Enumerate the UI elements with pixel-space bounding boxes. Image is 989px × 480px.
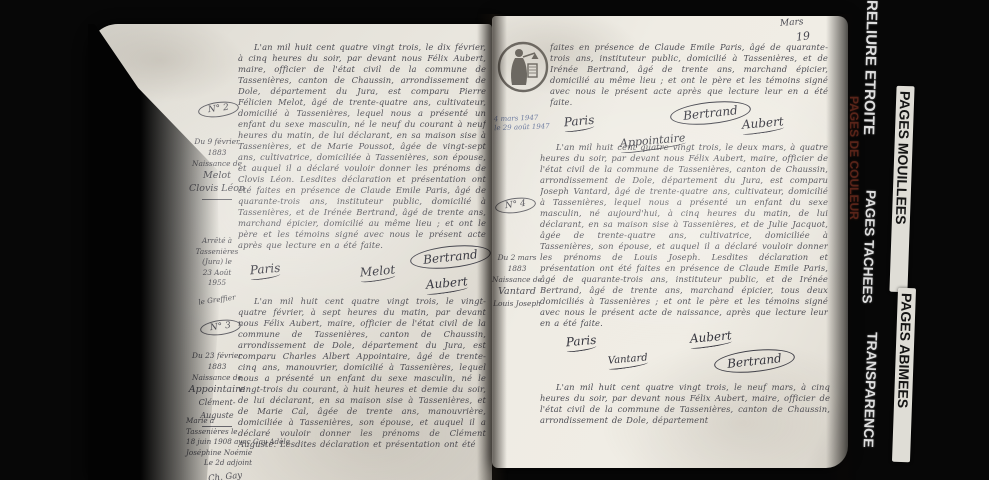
act5-body-text: L'an mil huit cent quatre vingt trois, l…: [540, 382, 830, 460]
strip-pages-mouillees: PAGES MOUILLEES: [889, 86, 914, 293]
signature-bertrand: Bertrand: [713, 346, 796, 376]
act4-margin-surname: Vantard: [488, 285, 546, 298]
signature-aubert: Aubert: [741, 114, 784, 135]
signature-aubert: Aubert: [689, 328, 732, 349]
strip-pages-abimees: PAGES ABIMEES: [892, 288, 916, 463]
act4-margin-date: Du 2 mars 1883: [488, 252, 546, 274]
month-annotation: Mars: [780, 17, 804, 29]
act3-body-text: L'an mil huit cent quatre vingt trois, l…: [238, 296, 486, 476]
fiscal-stamp-icon: [496, 40, 550, 94]
later-note-line: 1955: [188, 278, 246, 289]
act4-margin-firstnames: Louis Joseph: [488, 298, 546, 309]
strip-transparence: TRANSPARENCE: [859, 332, 880, 480]
act2-number-circled: N° 2: [197, 100, 239, 120]
strip-reliure-etroite: RELIURE ETROITE: [859, 0, 881, 186]
act4-margin-number: N° 4: [492, 198, 538, 213]
later-note-line: 23 Août: [188, 268, 246, 279]
act2-margin-number: N° 2: [194, 102, 242, 117]
signature-paris: Paris: [249, 261, 281, 281]
act2-body-text: L'an mil huit cent quatre vingt trois, l…: [238, 42, 486, 260]
blue-ink-annotation: 4 mars 1947 le 29 août 1947: [494, 113, 565, 133]
act4-number-circled: N° 4: [494, 196, 536, 216]
act3-number-circled: N° 3: [199, 318, 241, 338]
act3-margin-number: N° 3: [196, 320, 244, 335]
register-scan-canvas: { "header": { "month_note": "Mars", "pag…: [0, 0, 989, 480]
act4-body-text: L'an mil huit cent quatre vingt trois, l…: [540, 142, 828, 334]
register-page-left: N° 2 Du 9 février 1883 Naissance de Melo…: [88, 24, 492, 480]
signature-melot: Melot: [359, 262, 396, 282]
strip-pages-tachees: PAGES TACHEES: [859, 190, 879, 330]
strip-pages-de-couleur: PAGES DE COULEUR: [847, 96, 861, 276]
signature-paris: Paris: [563, 113, 595, 133]
signature-paris: Paris: [565, 333, 597, 353]
register-page-right: Mars 19 faites en présence de Claude Emi…: [492, 16, 848, 468]
act4-margin-note: Du 2 mars 1883 Naissance de Vantard Loui…: [488, 252, 546, 309]
margin-divider: [202, 199, 232, 200]
signature-aubert: Aubert: [425, 274, 468, 295]
act4-margin-type: Naissance de: [488, 274, 546, 285]
signature-vantard: Vantard: [607, 352, 648, 369]
